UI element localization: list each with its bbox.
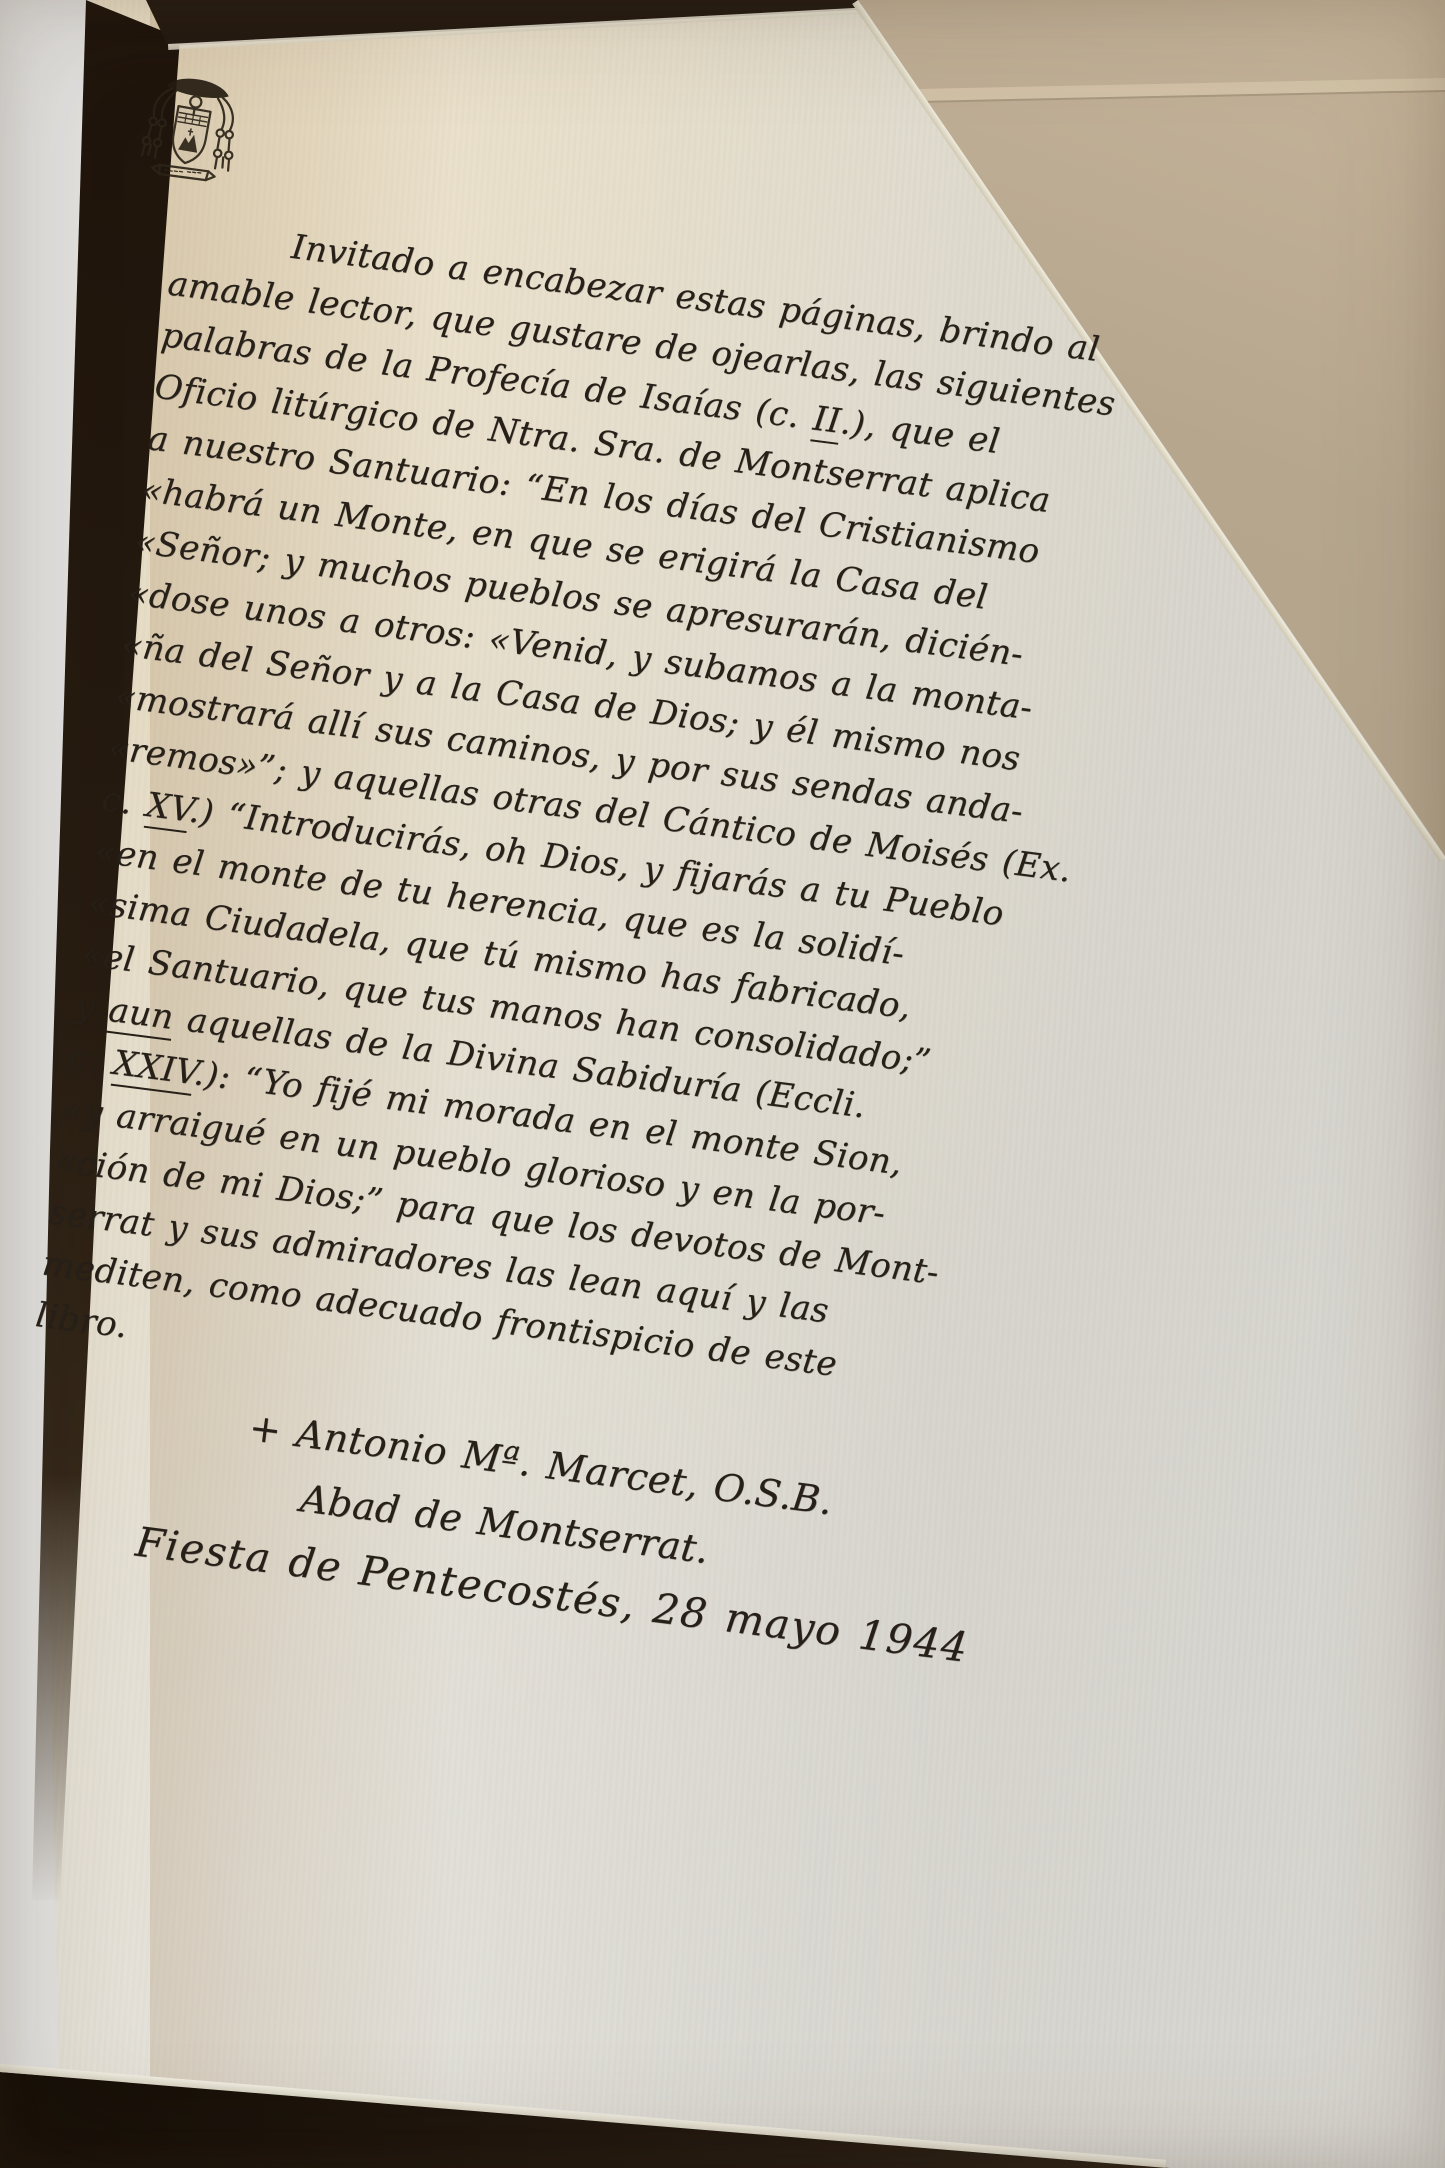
- book-page-photo: Invitado a encabezar estas páginas, brin…: [0, 0, 1445, 2168]
- abbot-crest-icon: [132, 65, 250, 193]
- table-edge-line: [856, 78, 1445, 105]
- handwritten-text: Invitado a encabezar estas páginas, brin…: [5, 206, 1329, 1704]
